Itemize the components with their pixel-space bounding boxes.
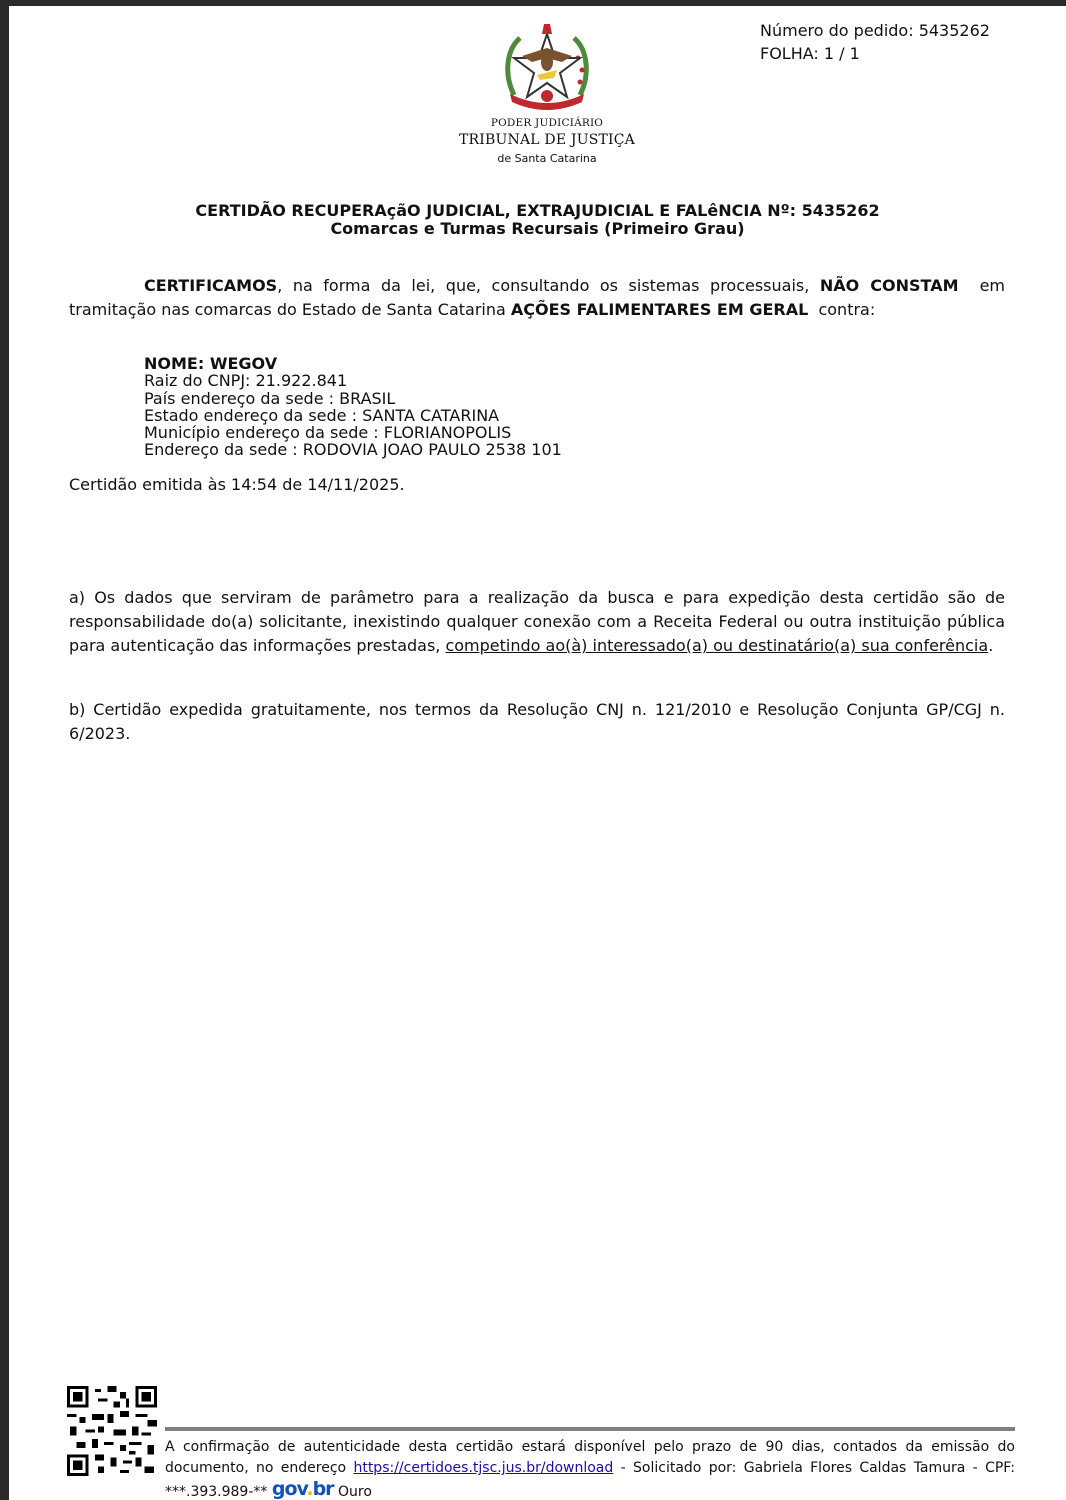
govbr-br: br — [313, 1478, 334, 1500]
intro-text-3: contra: — [808, 300, 875, 319]
logo-line-3: de Santa Catarina — [447, 152, 647, 165]
note-b: b) Certidão expedida gratuitamente, nos … — [69, 698, 1005, 746]
entity-name: NOME: WEGOV — [144, 355, 562, 372]
sheet-number: FOLHA: 1 / 1 — [760, 42, 990, 65]
note-a: a) Os dados que serviram de parâmetro pa… — [69, 586, 1005, 658]
note-a-underlined: competindo ao(à) interessado(a) ou desti… — [445, 636, 988, 655]
order-number: Número do pedido: 5435262 — [760, 19, 990, 42]
entity-country: País endereço da sede : BRASIL — [144, 390, 562, 407]
govbr-gov: gov — [272, 1478, 307, 1500]
note-a-end: . — [988, 636, 993, 655]
footer-divider — [165, 1427, 1015, 1431]
entity-details: NOME: WEGOV Raiz do CNPJ: 21.922.841 Paí… — [144, 355, 562, 459]
document-title: CERTIDÃO RECUPERAçãO JUDICIAL, EXTRAJUDI… — [9, 202, 1066, 238]
action-type-bold: AÇÕES FALIMENTARES EM GERAL — [511, 300, 808, 319]
entity-cnpj: Raiz do CNPJ: 21.922.841 — [144, 372, 562, 389]
certify-bold: CERTIFICAMOS — [144, 276, 277, 295]
title-line-2: Comarcas e Turmas Recursais (Primeiro Gr… — [9, 220, 1066, 238]
logo-line-2: TRIBUNAL DE JUSTIÇA — [447, 132, 647, 148]
court-logo: PODER JUDICIÁRIO TRIBUNAL DE JUSTIÇA de … — [447, 20, 647, 165]
verification-link[interactable]: https://certidoes.tjsc.jus.br/download — [353, 1460, 613, 1476]
coat-of-arms-icon — [502, 20, 592, 115]
certification-paragraph: CERTIFICAMOS, na forma da lei, que, cons… — [69, 274, 1005, 322]
emission-timestamp: Certidão emitida às 14:54 de 14/11/2025. — [69, 475, 405, 494]
govbr-logo-icon: gov.br — [272, 1478, 334, 1500]
not-found-bold: NÃO CONSTAM — [820, 276, 959, 295]
qr-code-icon[interactable] — [67, 1386, 157, 1476]
govbr-level: Ouro — [334, 1484, 372, 1500]
order-info: Número do pedido: 5435262 FOLHA: 1 / 1 — [760, 19, 990, 65]
entity-city: Município endereço da sede : FLORIANOPOL… — [144, 424, 562, 441]
entity-state: Estado endereço da sede : SANTA CATARINA — [144, 407, 562, 424]
title-line-1: CERTIDÃO RECUPERAçãO JUDICIAL, EXTRAJUDI… — [9, 202, 1066, 220]
entity-address: Endereço da sede : RODOVIA JOAO PAULO 25… — [144, 441, 562, 458]
logo-line-1: PODER JUDICIÁRIO — [447, 117, 647, 129]
footer-authenticity-note: A confirmação de autenticidade desta cer… — [165, 1437, 1015, 1500]
document-page: Número do pedido: 5435262 FOLHA: 1 / 1 P… — [9, 6, 1066, 1500]
intro-text-1: , na forma da lei, que, consultando os s… — [277, 276, 820, 295]
